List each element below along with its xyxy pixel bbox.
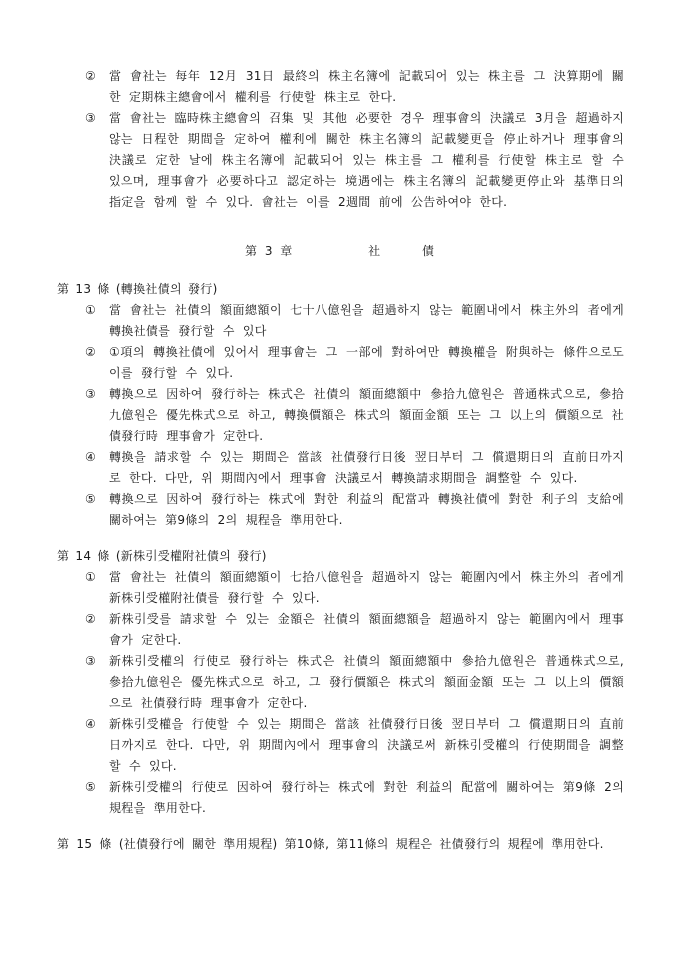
clause-text: 新株引受權을 行使할 수 있는 期間은 當該 社債發行日後 翌日부터 그 償還期… <box>109 714 624 777</box>
clause-item: ② ①項의 轉換社債에 있어서 理事會는 그 一部에 對하여만 轉換權을 附與하… <box>85 342 624 384</box>
clause-text: 當 會社는 每年 12月 31日 最終의 株主名簿에 記載되어 있는 株主를 그… <box>109 66 624 108</box>
clause-item: ③ 當 會社는 臨時株主總會의 召集 및 其他 必要한 경우 理事會의 決議로 … <box>85 108 624 213</box>
clause-text: 轉換을 請求할 수 있는 期間은 當該 社債發行日後 翌日부터 그 償還期日의 … <box>109 447 624 489</box>
clause-text: ①項의 轉換社債에 있어서 理事會는 그 一部에 對하여만 轉換權을 附與하는 … <box>109 342 624 384</box>
clause-item: ② 新株引受를 請求할 수 있는 金額은 社債의 額面總額을 超過하지 않는 範… <box>85 609 624 651</box>
document-page: ② 當 會社는 每年 12月 31日 最終의 株主名簿에 記載되어 있는 株主를… <box>0 0 680 962</box>
article-14: 第 14 條 (新株引受權附社債의 發行) ① 當 會社는 社債의 額面總額이 … <box>57 546 624 819</box>
clause-marker: ⑤ <box>85 489 109 510</box>
clause-item: ① 當 會社는 社債의 額面總額이 七十八億원을 超過하지 않는 範圍내에서 株… <box>85 300 624 342</box>
clause-marker: ⑤ <box>85 777 109 798</box>
clause-marker: ③ <box>85 651 109 672</box>
article-title: 第 13 條 (轉換社債의 發行) <box>57 279 624 300</box>
clause-item: ⑤ 轉換으로 因하여 發行하는 株式에 對한 利益의 配當과 轉換社債에 對한 … <box>85 489 624 531</box>
article-title: 第 14 條 (新株引受權附社債의 發行) <box>57 546 624 567</box>
clause-marker: ② <box>85 342 109 363</box>
leading-items: ② 當 會社는 每年 12月 31日 最終의 株主名簿에 記載되어 있는 株主를… <box>57 66 624 213</box>
clause-text: 新株引受를 請求할 수 있는 金額은 社債의 額面總額을 超過하지 않는 範圍內… <box>109 609 624 651</box>
clause-item: ④ 新株引受權을 行使할 수 있는 期間은 當該 社債發行日後 翌日부터 그 償… <box>85 714 624 777</box>
clause-text: 轉換으로 因하여 發行하는 株式은 社債의 額面總額中 參拾九億원은 普通株式으… <box>109 384 624 447</box>
clause-marker: ② <box>85 609 109 630</box>
clause-text: 當 會社는 臨時株主總會의 召集 및 其他 必要한 경우 理事會의 決議로 3月… <box>109 108 624 213</box>
clause-marker: ② <box>85 66 109 87</box>
clause-text: 當 會社는 社債의 額面總額이 七十八億원을 超過하지 않는 範圍내에서 株主外… <box>109 300 624 342</box>
article-items: ① 當 會社는 社債의 額面總額이 七拾八億원을 超過하지 않는 範圍內에서 株… <box>57 567 624 819</box>
clause-marker: ④ <box>85 447 109 468</box>
article-13: 第 13 條 (轉換社債의 發行) ① 當 會社는 社債의 額面總額이 七十八億… <box>57 279 624 531</box>
clause-item: ① 當 會社는 社債의 額面總額이 七拾八億원을 超過하지 않는 範圍內에서 株… <box>85 567 624 609</box>
clause-marker: ③ <box>85 108 109 129</box>
clause-text: 新株引受權의 行使로 發行하는 株式은 社債의 額面總額中 參拾九億원은 普通株… <box>109 651 624 714</box>
chapter-heading: 第 3 章 社 債 <box>57 241 624 262</box>
clause-text: 新株引受權의 行使로 因하여 發行하는 株式에 對한 利益의 配當에 關하여는 … <box>109 777 624 819</box>
clause-item: ⑤ 新株引受權의 行使로 因하여 發行하는 株式에 對한 利益의 配當에 關하여… <box>85 777 624 819</box>
chapter-number: 第 3 章 <box>245 244 294 258</box>
chapter-title-char: 社 <box>368 244 382 258</box>
clause-marker: ④ <box>85 714 109 735</box>
clause-marker: ③ <box>85 384 109 405</box>
chapter-title-char: 債 <box>422 244 436 258</box>
clause-text: 轉換으로 因하여 發行하는 株式에 對한 利益의 配當과 轉換社債에 對한 利子… <box>109 489 624 531</box>
clause-marker: ① <box>85 567 109 588</box>
clause-item: ② 當 會社는 每年 12月 31日 最終의 株主名簿에 記載되어 있는 株主를… <box>85 66 624 108</box>
clause-marker: ① <box>85 300 109 321</box>
article-15: 第 15 條 (社債發行에 關한 準用規程) 第10條, 第11條의 規程은 社… <box>57 834 624 855</box>
clause-text: 當 會社는 社債의 額面總額이 七拾八億원을 超過하지 않는 範圍內에서 株主外… <box>109 567 624 609</box>
article-items: ① 當 會社는 社債의 額面總額이 七十八億원을 超過하지 않는 範圍내에서 株… <box>57 300 624 531</box>
clause-item: ③ 新株引受權의 行使로 發行하는 株式은 社債의 額面總額中 參拾九億원은 普… <box>85 651 624 714</box>
clause-item: ③ 轉換으로 因하여 發行하는 株式은 社債의 額面總額中 參拾九億원은 普通株… <box>85 384 624 447</box>
clause-item: ④ 轉換을 請求할 수 있는 期間은 當該 社債發行日後 翌日부터 그 償還期日… <box>85 447 624 489</box>
